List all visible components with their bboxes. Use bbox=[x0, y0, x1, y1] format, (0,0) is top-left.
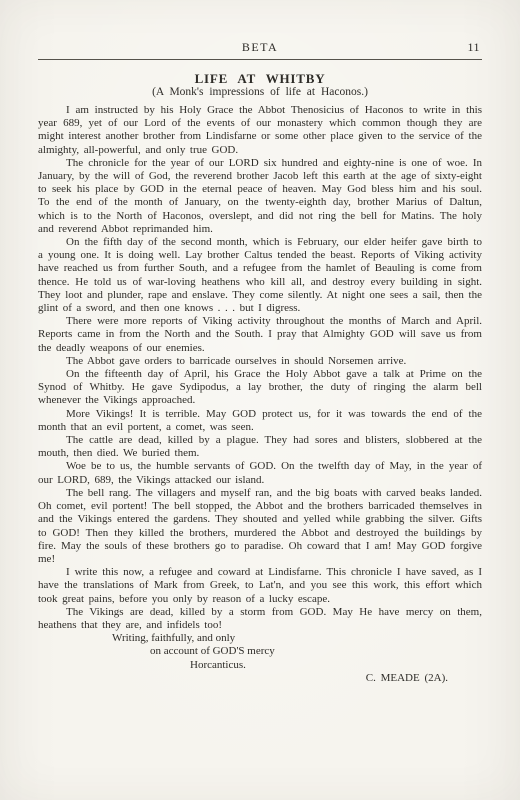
paragraph: The chronicle for the year of our LORD s… bbox=[38, 157, 482, 236]
author-signature: C. MEADE (2A). bbox=[38, 672, 482, 685]
closing-line: Horcanticus. bbox=[38, 659, 482, 672]
paragraph: The Abbot gave orders to barricade ourse… bbox=[38, 355, 482, 368]
paragraph: I write this now, a refugee and coward a… bbox=[38, 566, 482, 606]
closing-line: on account of GOD'S mercy bbox=[38, 645, 482, 658]
running-header: BETA 11 bbox=[38, 40, 482, 54]
paragraph: The cattle are dead, killed by a plague.… bbox=[38, 434, 482, 460]
paragraph: On the fifth day of the second month, wh… bbox=[38, 236, 482, 315]
paragraph: More Vikings! It is terrible. May GOD pr… bbox=[38, 408, 482, 434]
article-title: LIFE AT WHITBY bbox=[38, 71, 482, 86]
closing-block: Writing, faithfully, and only on account… bbox=[38, 632, 482, 685]
closing-line: Writing, faithfully, and only bbox=[38, 632, 482, 645]
paragraph: The Vikings are dead, killed by a storm … bbox=[38, 606, 482, 632]
journal-title: BETA bbox=[242, 40, 278, 54]
paragraph: The bell rang. The villagers and myself … bbox=[38, 487, 482, 566]
paragraph: Woe be to us, the humble servants of GOD… bbox=[38, 460, 482, 486]
article-body: I am instructed by his Holy Grace the Ab… bbox=[38, 104, 482, 632]
page-number: 11 bbox=[467, 40, 480, 54]
article-subtitle: (A Monk's impressions of life at Haconos… bbox=[38, 86, 482, 99]
header-rule bbox=[38, 59, 482, 60]
scanned-magazine-page: BETA 11 LIFE AT WHITBY (A Monk's impress… bbox=[0, 0, 520, 800]
paragraph: On the fifteenth day of April, his Grace… bbox=[38, 368, 482, 408]
paragraph: There were more reports of Viking activi… bbox=[38, 315, 482, 355]
paragraph: I am instructed by his Holy Grace the Ab… bbox=[38, 104, 482, 157]
